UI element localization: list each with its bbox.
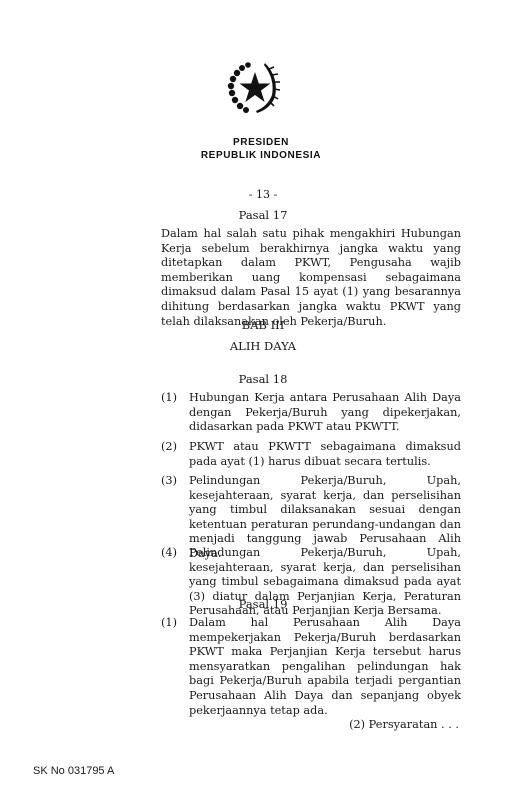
- item-text: Dalam hal Perusahaan Alih Daya mempekerj…: [189, 616, 461, 718]
- page-number: - 13 -: [0, 188, 518, 201]
- header-republik-indonesia: REPUBLIK INDONESIA: [2, 150, 518, 161]
- item-number: (2): [161, 440, 177, 455]
- item-number: (4): [161, 546, 177, 561]
- bab-title: BAB III: [0, 318, 518, 332]
- item-number: (3): [161, 474, 177, 489]
- item-number: (1): [161, 391, 177, 406]
- pasal-17-title: Pasal 17: [0, 208, 518, 222]
- pasal-19-title: Pasal 19: [0, 597, 518, 611]
- document-serial-number: SK No 031795 A: [33, 765, 114, 777]
- presidential-emblem-icon: [225, 57, 285, 117]
- item-text: PKWT atau PKWTT sebagaimana dimaksud pad…: [189, 440, 461, 469]
- item-text: Hubungan Kerja antara Perusahaan Alih Da…: [189, 391, 461, 435]
- header-presiden: PRESIDEN: [2, 137, 518, 148]
- continuation-marker: (2) Persyaratan . . .: [349, 718, 459, 731]
- pasal-18-title: Pasal 18: [0, 372, 518, 386]
- pasal-17-text: Dalam hal salah satu pihak mengakhiri Hu…: [161, 227, 461, 329]
- bab-subtitle: ALIH DAYA: [0, 339, 518, 353]
- item-number: (1): [161, 616, 177, 631]
